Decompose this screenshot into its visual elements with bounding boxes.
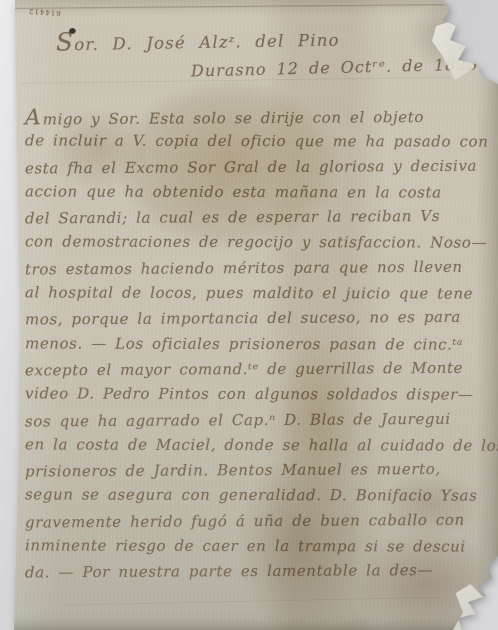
letter-line: mos, porque la importancia del suceso, n… xyxy=(25,305,495,333)
photo-backdrop: 614412 Sor. D. José Alzᶻ. del Pino Duras… xyxy=(0,0,498,630)
letter-line: esta fha el Excmo Sor Gral de la glorios… xyxy=(25,153,495,181)
letter-line: accion que ha obtenido esta mañana en la… xyxy=(25,179,495,206)
letter-line: en la costa de Maciel, donde se halla al… xyxy=(25,432,495,459)
punch-hole xyxy=(69,28,76,34)
letter-line: prisioneros de Jardin. Bentos Manuel es … xyxy=(25,457,495,485)
letter-line: menos. — Los oficiales prisioneros pasan… xyxy=(25,331,495,358)
recipient-line: Sor. D. José Alzᶻ. del Pino xyxy=(56,23,340,57)
letter-body: Amigo y Sor. Esta solo se dirije con el … xyxy=(25,104,495,585)
letter-line: al hospital de locos, pues maldito el ju… xyxy=(25,280,495,307)
letter-paper: 614412 Sor. D. José Alzᶻ. del Pino Duras… xyxy=(0,0,498,630)
dateline: Durasno 12 de Octʳᵉ. de 1825 xyxy=(191,54,479,80)
letter-line: con demostraciones de regocijo y satisfa… xyxy=(25,230,495,257)
letter-line: segun se asegura con generalidad. D. Bon… xyxy=(25,483,495,510)
letter-line: sos que ha agarrado el Cap.ⁿ D. Blas de … xyxy=(25,406,495,434)
letter-line: gravemente herido fugó á uña de buen cab… xyxy=(25,507,495,535)
letter-line: excepto el mayor comand.ᵗᵉ de guerrillas… xyxy=(25,356,495,384)
letter-line: de incluir a V. copia del oficio que me … xyxy=(25,129,495,156)
letter-line: inminente riesgo de caer en la trampa si… xyxy=(25,533,495,560)
letter-line: video D. Pedro Pintos con algunos soldad… xyxy=(25,382,495,409)
letter-line: Amigo y Sor. Esta solo se dirije con el … xyxy=(25,103,495,131)
torn-edge-bottom-right xyxy=(448,584,498,630)
letter-line: tros estamos haciendo méritos para que n… xyxy=(25,254,495,282)
archive-number: 614412 xyxy=(28,7,61,17)
letter-line: da. — Por nuestra parte es lamentable la… xyxy=(25,558,495,586)
paper-shadow-wrap: 614412 Sor. D. José Alzᶻ. del Pino Duras… xyxy=(0,0,498,630)
letter-line: del Sarandi; la cual es de esperar la re… xyxy=(25,204,495,232)
fold-crease-bottom xyxy=(60,597,440,606)
fold-crease-top xyxy=(14,4,444,10)
